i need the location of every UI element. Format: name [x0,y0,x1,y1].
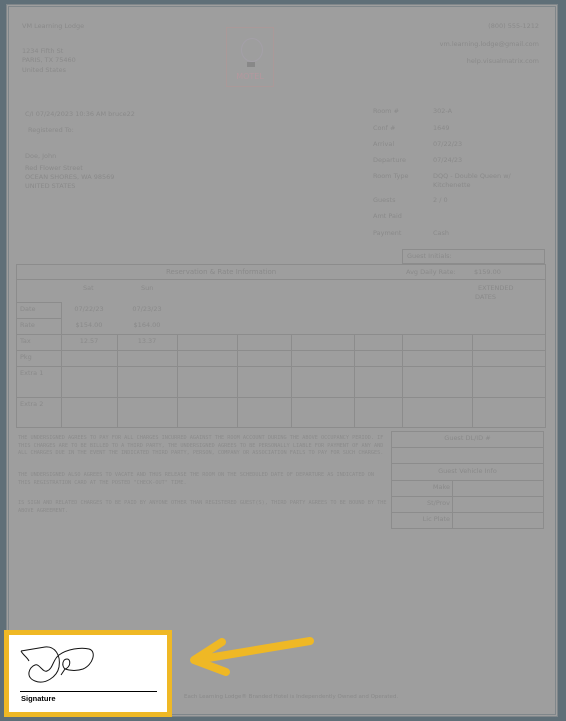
legal-paragraph-3: IS SIGN AND RELATED CHARGES TO BE PAID B… [18,500,388,515]
hotel-email: vm.learning.lodge@gmail.com [440,40,539,49]
detail-label: Payment [373,229,401,238]
rate-table-title: Reservation & Rate Information [166,268,276,277]
avg-daily-rate-value: $159.00 [474,268,501,277]
detail-value-line2: Kitchenette [433,181,471,190]
detail-label: Amt Paid [373,212,402,221]
rate-row-label: Date [20,305,36,314]
detail-value: 1649 [433,124,450,133]
legal-paragraph-2: THE UNDERSIGNED ALSO AGREES TO VACATE AN… [18,472,388,487]
guest-dl-label: Guest DL/ID # [391,434,544,443]
guest-street: Red Flower Street [25,164,83,173]
rate-table [16,264,546,428]
motel-logo: MOTEL [226,27,274,87]
registered-to-label: Registered To: [28,126,74,135]
hotel-address-3: United States [22,66,66,75]
detail-value: Cash [433,229,449,238]
detail-label: Conf # [373,124,395,133]
vehicle-make-label: Make [392,483,450,492]
hotel-address-1: 1234 Fifth St [22,47,63,56]
lightbulb-icon [241,38,263,62]
day-sat: Sat [83,284,94,293]
signature-label: Signature [21,694,56,703]
detail-label: Room # [373,107,399,116]
extended-dates-label-2: DATES [475,293,496,302]
legal-paragraph-1: THE UNDERSIGNED AGREES TO PAY FOR ALL CH… [18,435,388,458]
signature-line [20,691,157,692]
signature-box[interactable]: Signature [4,630,172,717]
detail-value: 07/22/23 [433,140,462,149]
rate-cell: $164.00 [117,321,177,330]
rate-cell: 13.37 [117,337,177,346]
arrow-left-icon [180,632,320,677]
hotel-name: VM Learning Lodge [22,22,84,31]
guest-name: Doe, John [25,152,56,161]
vehicle-state-label: St/Prov [392,499,450,508]
rate-row-label: Rate [20,321,35,330]
rate-row-label: Extra 2 [20,400,43,409]
rate-cell: 12.57 [61,337,117,346]
detail-value: DQQ - Double Queen w/ [433,172,511,181]
rate-row-label: Pkg [20,353,32,362]
detail-label: Departure [373,156,406,165]
day-sun: Sun [141,284,153,293]
hotel-website: help.visualmatrix.com [467,57,539,66]
logo-text: MOTEL [227,72,273,81]
hotel-address-2: PARIS, TX 75460 [22,56,76,65]
detail-value: 2 / 0 [433,196,448,205]
rate-row-label: Tax [20,337,31,346]
extended-dates-label-1: EXTENDED [478,284,514,293]
guest-initials-label: Guest Initials: [407,252,452,261]
avg-daily-rate-label: Avg Daily Rate: [406,268,456,277]
signature-scribble [19,641,119,689]
rate-row-label: Extra 1 [20,369,43,378]
detail-label: Arrival [373,140,394,149]
detail-value: 07/24/23 [433,156,462,165]
guest-city: OCEAN SHORES, WA 98569 [25,173,114,182]
bulb-base [247,62,255,67]
checkin-line: C/I 07/24/2023 10:36 AM bruce22 [25,110,135,119]
hotel-phone: (800) 555-1212 [488,22,539,31]
detail-label: Room Type [373,172,409,181]
detail-label: Guests [373,196,395,205]
guest-country: UNITED STATES [25,182,75,191]
rate-cell: 07/22/23 [61,305,117,314]
footer-disclaimer: Each Learning Lodge® Branded Hotel is In… [184,694,398,700]
rate-cell: 07/23/23 [117,305,177,314]
rate-cell: $154.00 [61,321,117,330]
detail-value: 302-A [433,107,452,116]
vehicle-plate-label: Lic Plate [392,515,450,524]
guest-vehicle-label: Guest Vehicle Info [391,467,544,476]
